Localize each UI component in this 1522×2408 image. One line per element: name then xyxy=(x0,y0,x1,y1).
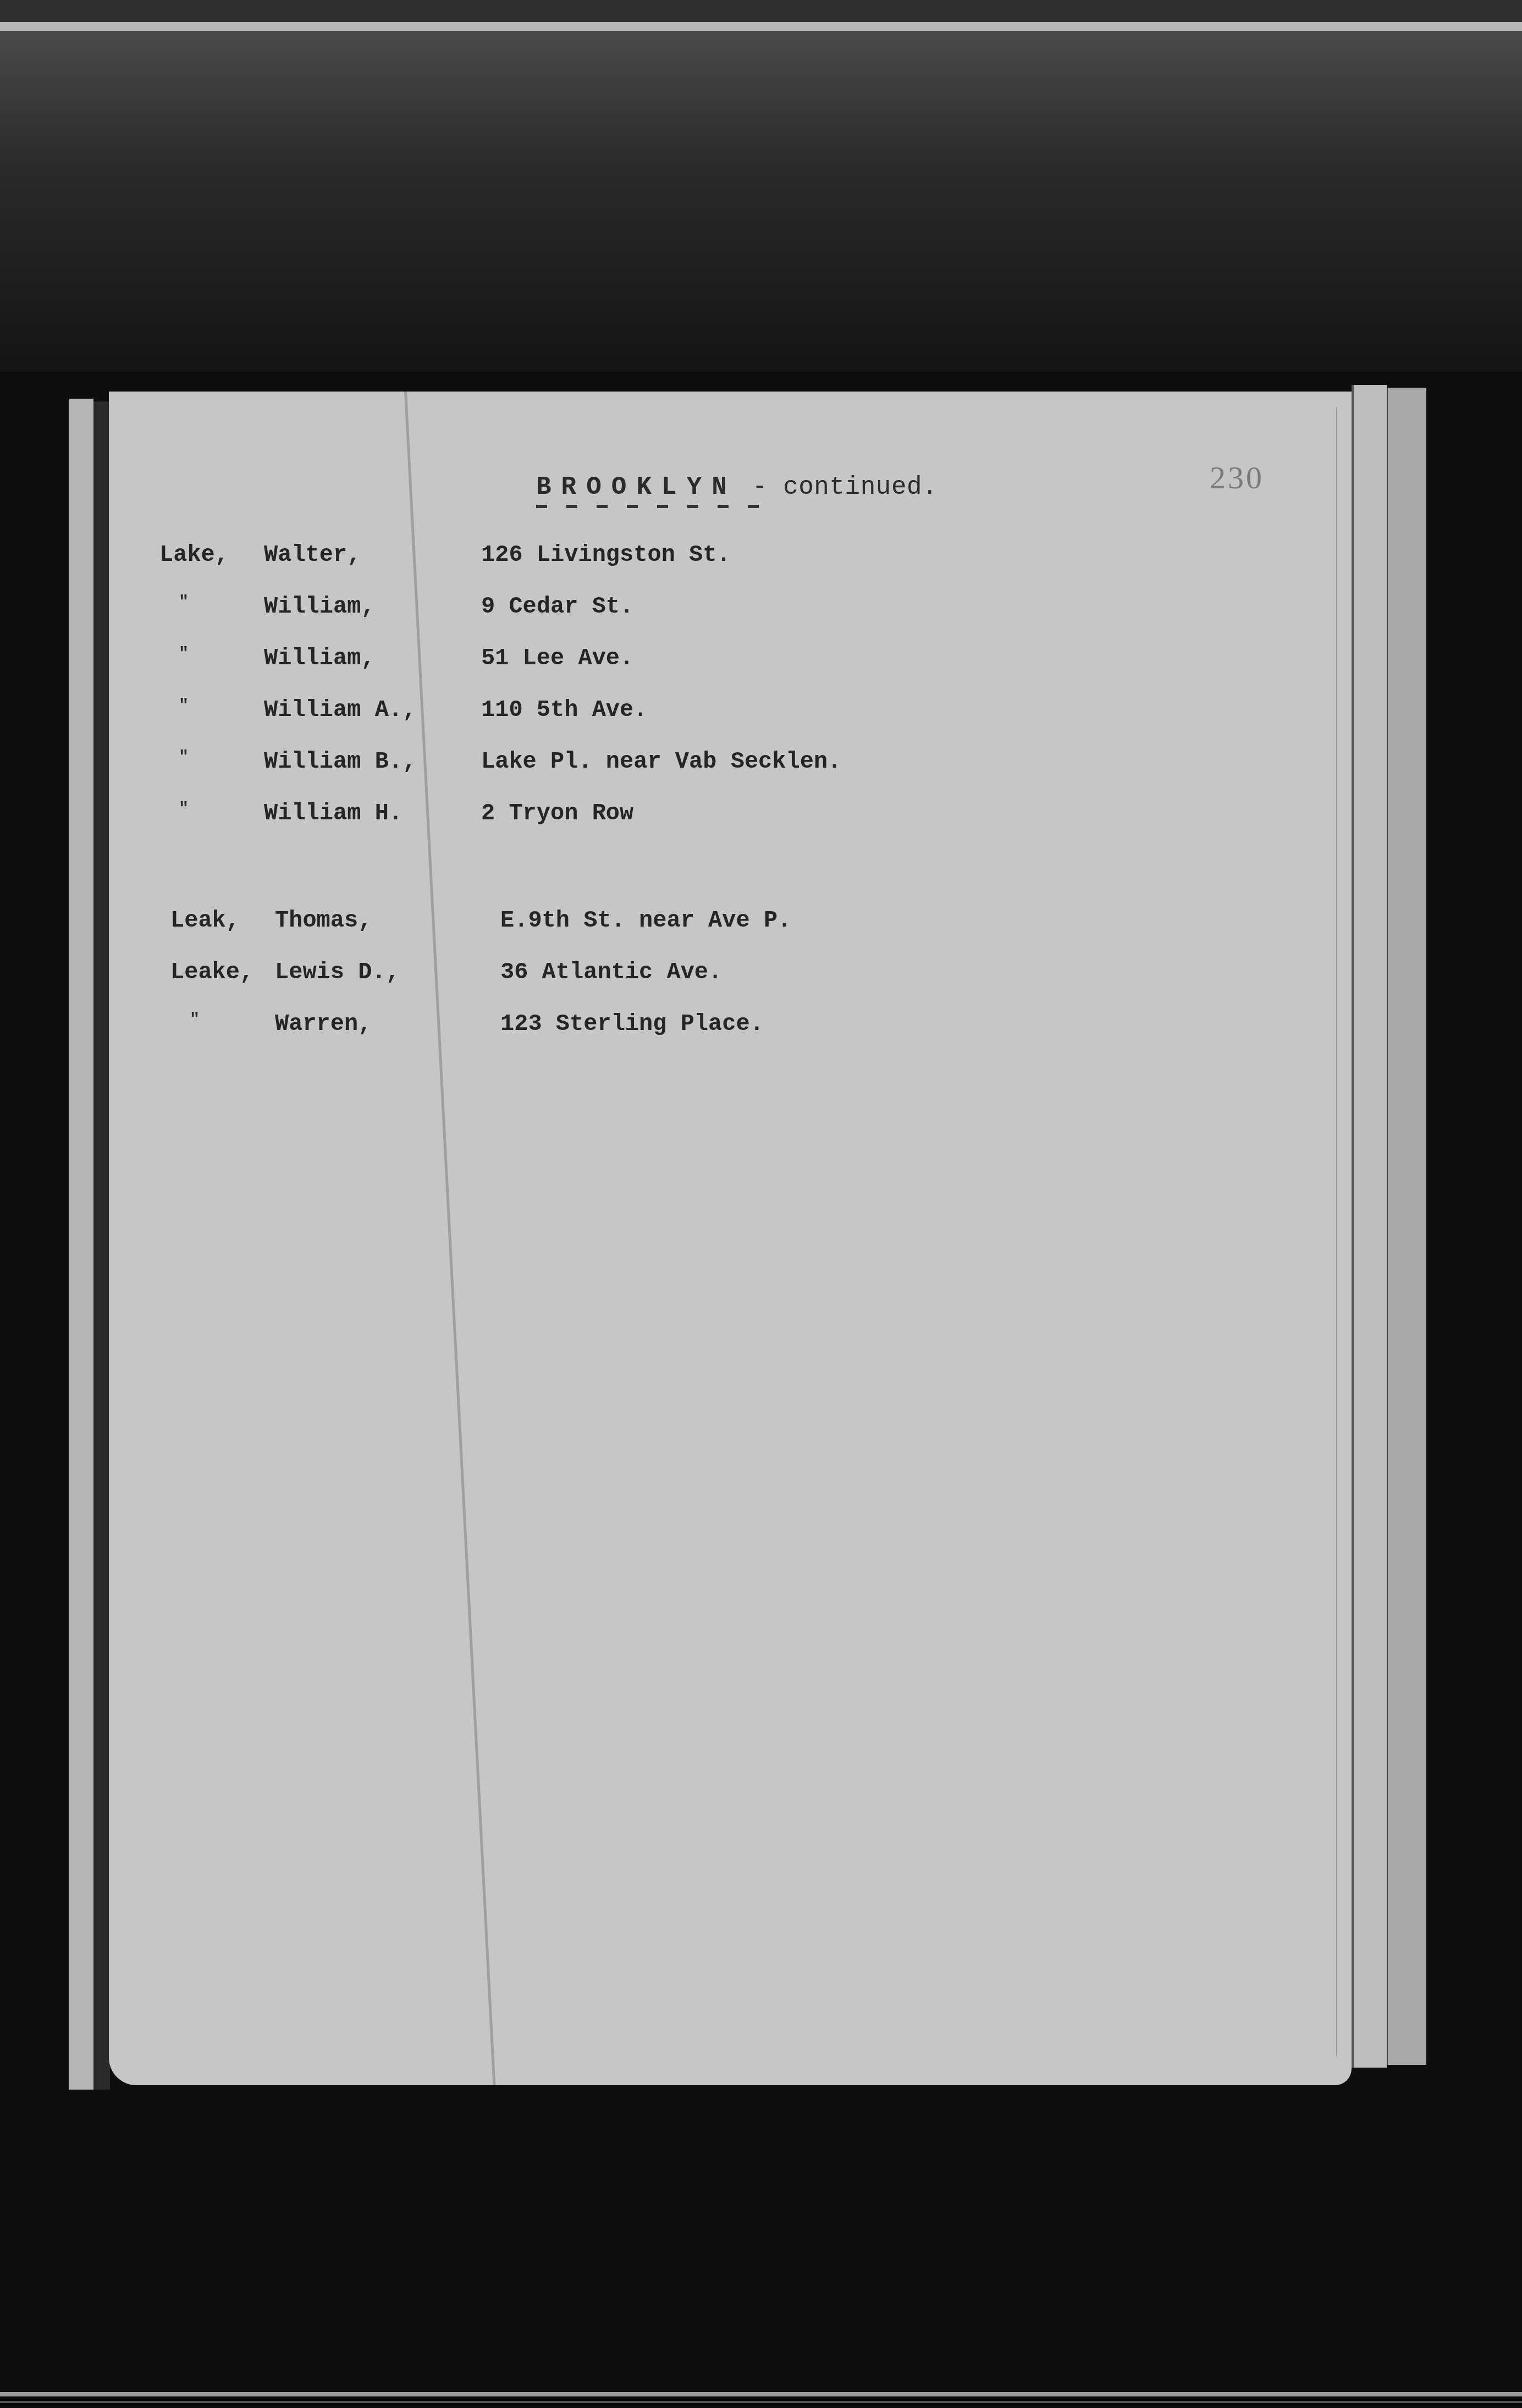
entry-given-name: William A., xyxy=(264,697,416,723)
entry-address: 9 Cedar St. xyxy=(481,593,633,620)
film-border-top xyxy=(0,0,1522,22)
entry-surname: Lake, xyxy=(159,542,229,568)
entry-surname: " xyxy=(179,645,189,664)
entry-given-name: William, xyxy=(264,645,375,671)
entry-address: 123 Sterling Place. xyxy=(500,1011,764,1037)
entry-address: 2 Tryon Row xyxy=(481,800,633,826)
film-edge-strip xyxy=(0,22,1522,31)
entry-address: 110 5th Ave. xyxy=(481,697,647,723)
entry-given-name: William H. xyxy=(264,800,402,826)
entry-surname: " xyxy=(190,1011,200,1029)
film-border-bottom-thin xyxy=(0,2401,1522,2403)
page-number: 230 xyxy=(1210,459,1264,496)
entry-surname: " xyxy=(179,748,189,767)
right-leaf-front xyxy=(1352,385,1387,2068)
right-leaf-back xyxy=(1386,388,1426,2065)
heading-underline xyxy=(536,505,778,508)
entry-surname: Leake, xyxy=(170,959,253,985)
entry-surname: " xyxy=(179,800,189,819)
heading-city: BROOKLYN xyxy=(536,473,737,502)
entry-surname: " xyxy=(179,697,189,715)
heading-suffix: - continued. xyxy=(752,473,938,502)
entry-given-name: Thomas, xyxy=(275,907,372,934)
entry-address: 126 Livingston St. xyxy=(481,542,731,568)
binding-gutter xyxy=(93,401,110,2090)
entry-given-name: Walter, xyxy=(264,542,361,568)
film-background xyxy=(0,31,1522,372)
entry-given-name: William, xyxy=(264,593,375,620)
entry-address: 36 Atlantic Ave. xyxy=(500,959,722,985)
entry-surname: Leak, xyxy=(170,907,240,934)
entry-given-name: Lewis D., xyxy=(275,959,400,985)
entry-surname: " xyxy=(179,593,189,612)
entry-given-name: William B., xyxy=(264,748,416,775)
entry-address: E.9th St. near Ave P. xyxy=(500,907,791,934)
left-leaf xyxy=(69,399,93,2090)
page-inner-edge xyxy=(1336,407,1337,2057)
entry-address: Lake Pl. near Vab Secklen. xyxy=(481,748,841,775)
film-border-bottom xyxy=(0,2392,1522,2396)
entry-address: 51 Lee Ave. xyxy=(481,645,633,671)
entry-given-name: Warren, xyxy=(275,1011,372,1037)
page-heading: BROOKLYN - continued. xyxy=(536,473,938,502)
